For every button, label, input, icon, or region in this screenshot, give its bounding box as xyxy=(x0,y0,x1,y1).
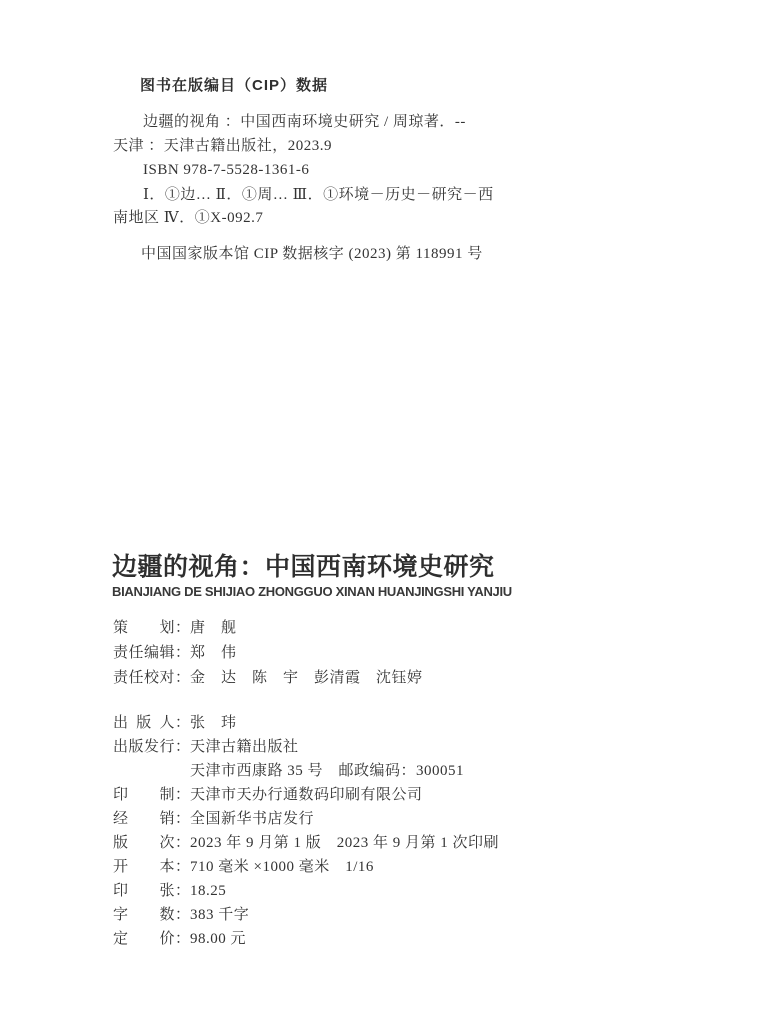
title-block: 边疆的视角：中国西南环境史研究 BIANJIANG DE SHIJIAO ZHO… xyxy=(112,552,672,599)
cip-class-line1: Ⅰ．①边… Ⅱ．①周… Ⅲ．①环境－历史－研究－西 xyxy=(113,184,494,207)
cip-isbn: ISBN 978-7-5528-1361-6 xyxy=(113,158,466,182)
row-value: 2023 年 9 月第 1 版 2023 年 9 月第 1 次印刷 xyxy=(190,835,499,851)
row-colon: ： xyxy=(175,783,190,807)
row-label: 出版发行 xyxy=(113,735,175,759)
pub-row-printer: 印制：天津市天办行通数码印刷有限公司 xyxy=(113,783,499,807)
row-label: 经销 xyxy=(113,807,175,831)
staff-row-planner: 策划：唐 舰 xyxy=(113,616,423,641)
cip-record-line2: 天津 ：天津古籍出版社，2023.9 xyxy=(113,134,466,158)
staff-block: 策划：唐 舰 责任编辑：郑 伟 责任校对：金 达 陈 宇 彭清霞 沈钰婷 xyxy=(113,616,423,691)
row-colon: ： xyxy=(175,855,190,879)
row-value: 383 千字 xyxy=(190,907,249,923)
row-value: 金 达 陈 宇 彭清霞 沈钰婷 xyxy=(190,670,423,686)
row-value: 98.00 元 xyxy=(190,931,246,947)
row-label: 开本 xyxy=(113,855,175,879)
pub-row-publishing-house: 出版发行：天津古籍出版社 xyxy=(113,735,499,759)
cip-record-line1: 边疆的视角 ：中国西南环境史研究 / 周琼著．-- xyxy=(113,110,466,134)
cip-classification: Ⅰ．①边… Ⅱ．①周… Ⅲ．①环境－历史－研究－西 南地区 Ⅳ．①X-092.7 xyxy=(113,184,494,230)
pub-row-sheets: 印张：18.25 xyxy=(113,879,499,903)
row-value: 郑 伟 xyxy=(190,645,237,661)
pub-row-address: 天津市西康路 35 号 邮政编码：300051 xyxy=(113,759,499,783)
row-value: 天津市天办行通数码印刷有限公司 xyxy=(190,787,423,803)
row-label: 策划 xyxy=(113,616,175,641)
pub-row-publisher-person: 出版人：张 玮 xyxy=(113,711,499,735)
row-colon: ： xyxy=(175,879,190,903)
pub-row-format: 开本：710 毫米 ×1000 毫米 1/16 xyxy=(113,855,499,879)
row-label: 责任编辑 xyxy=(113,641,175,666)
row-label: 定价 xyxy=(113,927,175,951)
row-label: 版次 xyxy=(113,831,175,855)
cip-registry-number: 中国国家版本馆 CIP 数据核字 (2023) 第 118991 号 xyxy=(141,242,483,263)
row-colon: ： xyxy=(175,831,190,855)
row-label: 出版人 xyxy=(113,711,175,735)
row-value: 18.25 xyxy=(190,883,226,899)
row-colon: ： xyxy=(175,903,190,927)
pub-row-wordcount: 字数：383 千字 xyxy=(113,903,499,927)
pub-row-price: 定价：98.00 元 xyxy=(113,927,499,951)
row-colon: ： xyxy=(175,927,190,951)
row-label: 印制 xyxy=(113,783,175,807)
row-colon: ： xyxy=(175,735,190,759)
staff-row-proofreaders: 责任校对：金 达 陈 宇 彭清霞 沈钰婷 xyxy=(113,666,423,691)
cip-record: 边疆的视角 ：中国西南环境史研究 / 周琼著．-- 天津 ：天津古籍出版社，20… xyxy=(113,110,466,182)
row-colon: ： xyxy=(175,711,190,735)
row-colon: ： xyxy=(175,807,190,831)
book-colophon-page: 图书在版编目（CIP）数据 边疆的视角 ：中国西南环境史研究 / 周琼著．-- … xyxy=(0,0,760,1024)
cip-class-line2: 南地区 Ⅳ．①X-092.7 xyxy=(113,207,494,230)
staff-row-editor: 责任编辑：郑 伟 xyxy=(113,641,423,666)
publication-block: 出版人：张 玮 出版发行：天津古籍出版社 天津市西康路 35 号 邮政编码：30… xyxy=(113,711,499,951)
row-value: 全国新华书店发行 xyxy=(190,811,314,827)
row-colon: ： xyxy=(175,666,190,691)
row-label: 字数 xyxy=(113,903,175,927)
row-label: 印张 xyxy=(113,879,175,903)
pub-row-edition: 版次：2023 年 9 月第 1 版 2023 年 9 月第 1 次印刷 xyxy=(113,831,499,855)
cip-header: 图书在版编目（CIP）数据 xyxy=(140,74,328,95)
row-value: 710 毫米 ×1000 毫米 1/16 xyxy=(190,859,374,875)
row-value: 天津市西康路 35 号 邮政编码：300051 xyxy=(190,763,464,779)
row-label: 责任校对 xyxy=(113,666,175,691)
row-colon: ： xyxy=(175,641,190,666)
row-value: 天津古籍出版社 xyxy=(190,739,299,755)
row-value: 张 玮 xyxy=(190,715,237,731)
book-title-pinyin: BIANJIANG DE SHIJIAO ZHONGGUO XINAN HUAN… xyxy=(112,584,672,599)
row-colon: ： xyxy=(175,616,190,641)
pub-row-distribution: 经销：全国新华书店发行 xyxy=(113,807,499,831)
row-value: 唐 舰 xyxy=(190,620,237,636)
book-title: 边疆的视角：中国西南环境史研究 xyxy=(112,552,672,582)
